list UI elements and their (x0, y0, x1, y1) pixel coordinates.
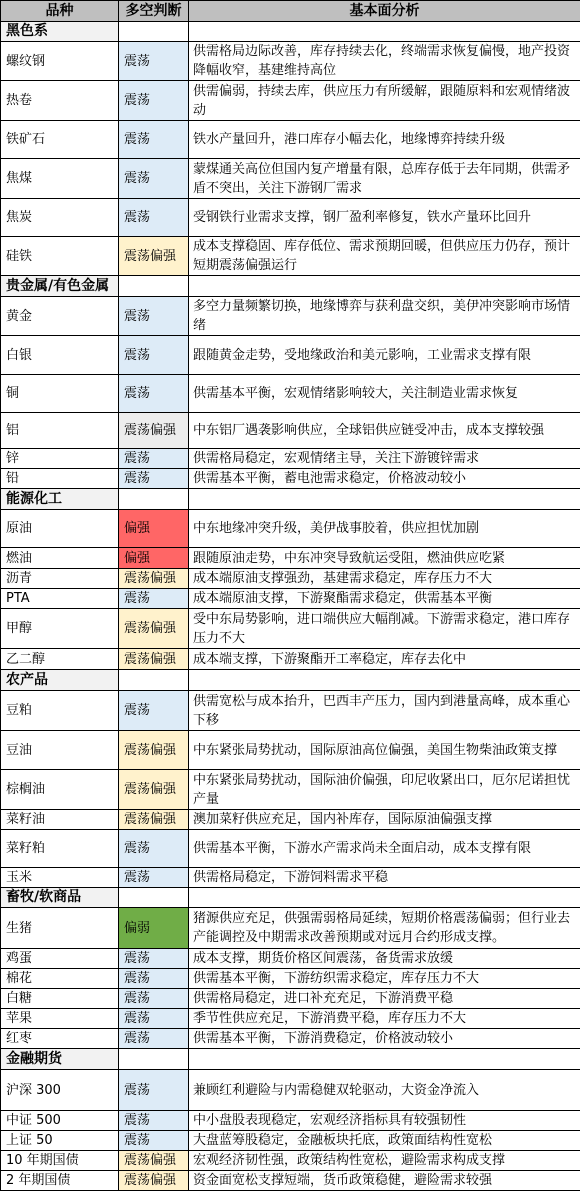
analysis-text: 成本支撑，期货价格区间震荡，备货需求放缓 (189, 949, 580, 969)
futures-analysis-table: 品种 多空判断 基本面分析 黑色系螺纹钢震荡供需格局边际改善，库存持续去化，终端… (0, 0, 580, 1180)
judgment-badge: 震荡 (119, 989, 189, 1009)
table-row: 生猪偏弱猪源供应充足，供强需弱格局延续，短期价格震荡偏弱；但行业去产能调控及中期… (1, 908, 580, 949)
table-row: 豆油震荡偏强中东紧张局势扰动，国际原油高位偏强，美国生物柴油政策支撑 (1, 731, 580, 770)
variety-name: 玉米 (1, 868, 119, 888)
category-row: 金融期货 (1, 1049, 580, 1070)
table-row: 白糖震荡供需格局稳定，进口补充充足，下游消费平稳 (1, 989, 580, 1009)
judgment-badge: 震荡偏强 (119, 569, 189, 589)
variety-name: 沥青 (1, 569, 119, 589)
table-row: 铜震荡供需基本平衡，宏观情绪影响较大，关注制造业需求恢复 (1, 375, 580, 413)
analysis-text: 供需基本平衡，蓄电池需求稳定，价格波动较小 (189, 469, 580, 489)
variety-name: PTA (1, 589, 119, 609)
judgment-badge: 震荡 (119, 969, 189, 989)
variety-name: 上证 50 (1, 1131, 119, 1151)
table-row: 沥青震荡偏强成本端原油支撑强劲，基建需求稳定，库存压力不大 (1, 569, 580, 589)
analysis-text: 多空力量频繁切换，地缘博弈与获利盘交织，美伊冲突影响市场情绪 (189, 297, 580, 336)
category-row: 农产品 (1, 670, 580, 691)
category-analysis-empty (189, 888, 580, 908)
table-row: 焦炭震荡受钢铁行业需求支撑，钢厂盈利率修复，铁水产量环比回升 (1, 199, 580, 237)
variety-name: 生猪 (1, 908, 119, 949)
variety-name: 棕榈油 (1, 770, 119, 810)
judgment-badge: 震荡偏强 (119, 810, 189, 830)
table-row: 燃油偏强跟随原油走势，中东冲突导致航运受阻，燃油供应吃紧 (1, 548, 580, 569)
table-row: 红枣震荡供需基本平衡，下游消费稳定，价格波动较小 (1, 1029, 580, 1049)
analysis-text: 兼顾红利避险与内需稳健双轮驱动，大资金净流入 (189, 1070, 580, 1111)
judgment-badge: 震荡 (119, 449, 189, 469)
category-judgment-empty (119, 1049, 189, 1070)
analysis-text: 成本端原油支撑强劲，基建需求稳定，库存压力不大 (189, 569, 580, 589)
table-row: 锌震荡供需格局稳定，宏观情绪主导，关注下游镀锌需求 (1, 449, 580, 469)
table-row: 豆粕震荡供需宽松与成本抬升，巴西丰产压力，国内到港量高峰，成本重心下移 (1, 691, 580, 731)
category-row: 贵金属/有色金属 (1, 276, 580, 297)
header-judgment: 多空判断 (119, 1, 189, 22)
table-row: 菜籽粕震荡供需基本平衡，下游水产需求尚未全面启动，成本支撑有限 (1, 830, 580, 868)
variety-name: 铝 (1, 413, 119, 449)
table-row: 棉花震荡供需基本平衡，下游纺织需求稳定，库存压力不大 (1, 969, 580, 989)
analysis-text: 供需基本平衡，下游消费稳定，价格波动较小 (189, 1029, 580, 1049)
analysis-text: 供需格局边际改善，库存持续去化，终端需求恢复偏慢，地产投资降幅收窄，基建维持高位 (189, 42, 580, 81)
category-analysis-empty (189, 276, 580, 297)
judgment-badge: 震荡偏强 (119, 609, 189, 649)
judgment-badge: 震荡 (119, 375, 189, 413)
header-variety: 品种 (1, 1, 119, 22)
analysis-text: 供需格局稳定，宏观情绪主导，关注下游镀锌需求 (189, 449, 580, 469)
judgment-badge: 震荡 (119, 121, 189, 159)
table-row: 焦煤震荡蒙煤通关高位但国内复产增量有限，总库存低于去年同期，供需矛盾不突出，关注… (1, 159, 580, 199)
analysis-text: 中东铝厂遇袭影响供应，全球铝供应链受冲击，成本支撑较强 (189, 413, 580, 449)
judgment-badge: 震荡 (119, 469, 189, 489)
category-analysis-empty (189, 1049, 580, 1070)
judgment-badge: 震荡 (119, 830, 189, 868)
judgment-badge: 震荡偏强 (119, 649, 189, 670)
analysis-text: 供需宽松与成本抬升，巴西丰产压力，国内到港量高峰，成本重心下移 (189, 691, 580, 731)
table-row: 黄金震荡多空力量频繁切换，地缘博弈与获利盘交织，美伊冲突影响市场情绪 (1, 297, 580, 336)
category-analysis-empty (189, 670, 580, 691)
variety-name: 黄金 (1, 297, 119, 336)
analysis-text: 供需基本平衡，下游纺织需求稳定，库存压力不大 (189, 969, 580, 989)
variety-name: 铜 (1, 375, 119, 413)
variety-name: 焦煤 (1, 159, 119, 199)
variety-name: 红枣 (1, 1029, 119, 1049)
analysis-text: 供需偏弱，持续去库，供应压力有所缓解，跟随原料和宏观情绪波动 (189, 81, 580, 121)
table-row: PTA震荡成本端原油支撑，下游聚酯需求稳定，供需基本平衡 (1, 589, 580, 609)
category-label: 黑色系 (1, 22, 119, 42)
table-row: 甲醇震荡偏强受中东局势影响，进口端供应大幅削减。下游需求稳定，港口库存压力不大 (1, 609, 580, 649)
table-row: 白银震荡跟随黄金走势，受地缘政治和美元影响，工业需求支撑有限 (1, 336, 580, 375)
variety-name: 鸡蛋 (1, 949, 119, 969)
judgment-badge: 震荡偏强 (119, 731, 189, 770)
category-judgment-empty (119, 22, 189, 42)
analysis-text: 大盘蓝筹股稳定，金融板块托底，政策面结构性宽松 (189, 1131, 580, 1151)
table-row: 铁矿石震荡铁水产量回升，港口库存小幅去化，地缘博弈持续升级 (1, 121, 580, 159)
analysis-text: 供需基本平衡，下游水产需求尚未全面启动，成本支撑有限 (189, 830, 580, 868)
table-row: 原油偏强中东地缘冲突升级，美伊战事胶着，供应担忧加剧 (1, 510, 580, 548)
judgment-badge: 震荡偏强 (119, 413, 189, 449)
judgment-badge: 震荡偏强 (119, 1171, 189, 1181)
category-analysis-empty (189, 22, 580, 42)
variety-name: 棉花 (1, 969, 119, 989)
table-row: 棕榈油震荡偏强中东紧张局势扰动，国际油价偏强，印尼收紧出口，厄尔尼诺担忧产量 (1, 770, 580, 810)
category-row: 畜牧/软商品 (1, 888, 580, 908)
variety-name: 螺纹钢 (1, 42, 119, 81)
table-row: 玉米震荡供需格局稳定，下游饲料需求平稳 (1, 868, 580, 888)
category-judgment-empty (119, 276, 189, 297)
table-row: 菜籽油震荡偏强澳加菜籽供应充足，国内补库存，国际原油偏强支撑 (1, 810, 580, 830)
judgment-badge: 震荡 (119, 336, 189, 375)
table-row: 中证 500震荡中小盘股表现稳定，宏观经济指标具有较强韧性 (1, 1111, 580, 1131)
judgment-badge: 震荡 (119, 1070, 189, 1111)
judgment-badge: 震荡 (119, 691, 189, 731)
variety-name: 菜籽粕 (1, 830, 119, 868)
header-analysis: 基本面分析 (189, 1, 580, 22)
table-row: 2 年期国债震荡偏强资金面宽松支撑短端，货币政策稳健，避险需求较强 (1, 1171, 580, 1181)
judgment-badge: 震荡 (119, 159, 189, 199)
header-row: 品种 多空判断 基本面分析 (1, 1, 580, 22)
analysis-text: 宏观经济韧性强，政策结构性宽松，避险需求构成支撑 (189, 1151, 580, 1171)
table-row: 铅震荡供需基本平衡，蓄电池需求稳定，价格波动较小 (1, 469, 580, 489)
variety-name: 菜籽油 (1, 810, 119, 830)
variety-name: 原油 (1, 510, 119, 548)
judgment-badge: 震荡偏强 (119, 237, 189, 276)
judgment-badge: 震荡 (119, 42, 189, 81)
category-judgment-empty (119, 670, 189, 691)
category-row: 能源化工 (1, 489, 580, 510)
variety-name: 燃油 (1, 548, 119, 569)
variety-name: 甲醇 (1, 609, 119, 649)
variety-name: 焦炭 (1, 199, 119, 237)
analysis-text: 猪源供应充足，供强需弱格局延续，短期价格震荡偏弱；但行业去产能调控及中期需求改善… (189, 908, 580, 949)
variety-name: 2 年期国债 (1, 1171, 119, 1181)
table-row: 上证 50震荡大盘蓝筹股稳定，金融板块托底，政策面结构性宽松 (1, 1131, 580, 1151)
judgment-badge: 震荡 (119, 949, 189, 969)
analysis-text: 成本端原油支撑，下游聚酯需求稳定，供需基本平衡 (189, 589, 580, 609)
table-row: 铝震荡偏强中东铝厂遇袭影响供应，全球铝供应链受冲击，成本支撑较强 (1, 413, 580, 449)
variety-name: 铅 (1, 469, 119, 489)
analysis-text: 受钢铁行业需求支撑，钢厂盈利率修复，铁水产量环比回升 (189, 199, 580, 237)
analysis-text: 跟随原油走势，中东冲突导致航运受阻，燃油供应吃紧 (189, 548, 580, 569)
category-label: 畜牧/软商品 (1, 888, 119, 908)
judgment-badge: 震荡偏强 (119, 770, 189, 810)
category-judgment-empty (119, 489, 189, 510)
variety-name: 乙二醇 (1, 649, 119, 670)
table-row: 苹果震荡季节性供应充足，下游消费平稳，库存压力不大 (1, 1009, 580, 1029)
category-judgment-empty (119, 888, 189, 908)
variety-name: 中证 500 (1, 1111, 119, 1131)
table-row: 沪深 300震荡兼顾红利避险与内需稳健双轮驱动，大资金净流入 (1, 1070, 580, 1111)
judgment-badge: 震荡 (119, 1111, 189, 1131)
variety-name: 苹果 (1, 1009, 119, 1029)
category-analysis-empty (189, 489, 580, 510)
analysis-text: 受中东局势影响，进口端供应大幅削减。下游需求稳定，港口库存压力不大 (189, 609, 580, 649)
variety-name: 白银 (1, 336, 119, 375)
judgment-badge: 震荡 (119, 589, 189, 609)
table-row: 螺纹钢震荡供需格局边际改善，库存持续去化，终端需求恢复偏慢，地产投资降幅收窄，基… (1, 42, 580, 81)
variety-name: 铁矿石 (1, 121, 119, 159)
table-row: 硅铁震荡偏强成本支撑稳固、库存低位、需求预期回暖，但供应压力仍存，预计短期震荡偏… (1, 237, 580, 276)
analysis-text: 供需格局稳定，下游饲料需求平稳 (189, 868, 580, 888)
table-row: 鸡蛋震荡成本支撑，期货价格区间震荡，备货需求放缓 (1, 949, 580, 969)
category-label: 贵金属/有色金属 (1, 276, 119, 297)
table-row: 热卷震荡供需偏弱，持续去库，供应压力有所缓解，跟随原料和宏观情绪波动 (1, 81, 580, 121)
table-row: 10 年期国债震荡偏强宏观经济韧性强，政策结构性宽松，避险需求构成支撑 (1, 1151, 580, 1171)
category-label: 农产品 (1, 670, 119, 691)
variety-name: 豆粕 (1, 691, 119, 731)
analysis-text: 蒙煤通关高位但国内复产增量有限，总库存低于去年同期，供需矛盾不突出，关注下游钢厂… (189, 159, 580, 199)
analysis-text: 中东紧张局势扰动，国际原油高位偏强，美国生物柴油政策支撑 (189, 731, 580, 770)
analysis-text: 跟随黄金走势，受地缘政治和美元影响，工业需求支撑有限 (189, 336, 580, 375)
analysis-text: 中小盘股表现稳定，宏观经济指标具有较强韧性 (189, 1111, 580, 1131)
judgment-badge: 偏弱 (119, 908, 189, 949)
variety-name: 硅铁 (1, 237, 119, 276)
analysis-text: 澳加菜籽供应充足，国内补库存，国际原油偏强支撑 (189, 810, 580, 830)
judgment-badge: 偏强 (119, 510, 189, 548)
category-label: 能源化工 (1, 489, 119, 510)
judgment-badge: 震荡 (119, 81, 189, 121)
analysis-text: 资金面宽松支撑短端，货币政策稳健，避险需求较强 (189, 1171, 580, 1181)
analysis-text: 铁水产量回升，港口库存小幅去化，地缘博弈持续升级 (189, 121, 580, 159)
judgment-badge: 震荡 (119, 868, 189, 888)
variety-name: 白糖 (1, 989, 119, 1009)
analysis-text: 供需基本平衡，宏观情绪影响较大，关注制造业需求恢复 (189, 375, 580, 413)
analysis-text: 季节性供应充足，下游消费平稳，库存压力不大 (189, 1009, 580, 1029)
judgment-badge: 震荡偏强 (119, 1151, 189, 1171)
analysis-text: 成本支撑稳固、库存低位、需求预期回暖，但供应压力仍存，预计短期震荡偏强运行 (189, 237, 580, 276)
judgment-badge: 偏强 (119, 548, 189, 569)
variety-name: 豆油 (1, 731, 119, 770)
category-row: 黑色系 (1, 22, 580, 42)
judgment-badge: 震荡 (119, 1009, 189, 1029)
variety-name: 10 年期国债 (1, 1151, 119, 1171)
judgment-badge: 震荡 (119, 297, 189, 336)
analysis-text: 供需格局稳定，进口补充充足，下游消费平稳 (189, 989, 580, 1009)
variety-name: 沪深 300 (1, 1070, 119, 1111)
judgment-badge: 震荡 (119, 1029, 189, 1049)
variety-name: 锌 (1, 449, 119, 469)
judgment-badge: 震荡 (119, 199, 189, 237)
analysis-text: 中东紧张局势扰动，国际油价偏强，印尼收紧出口，厄尔尼诺担忧产量 (189, 770, 580, 810)
table-body: 黑色系螺纹钢震荡供需格局边际改善，库存持续去化，终端需求恢复偏慢，地产投资降幅收… (1, 22, 580, 1181)
analysis-text: 中东地缘冲突升级，美伊战事胶着，供应担忧加剧 (189, 510, 580, 548)
variety-name: 热卷 (1, 81, 119, 121)
table-row: 乙二醇震荡偏强成本端支撑，下游聚酯开工率稳定，库存去化中 (1, 649, 580, 670)
judgment-badge: 震荡 (119, 1131, 189, 1151)
category-label: 金融期货 (1, 1049, 119, 1070)
analysis-text: 成本端支撑，下游聚酯开工率稳定，库存去化中 (189, 649, 580, 670)
